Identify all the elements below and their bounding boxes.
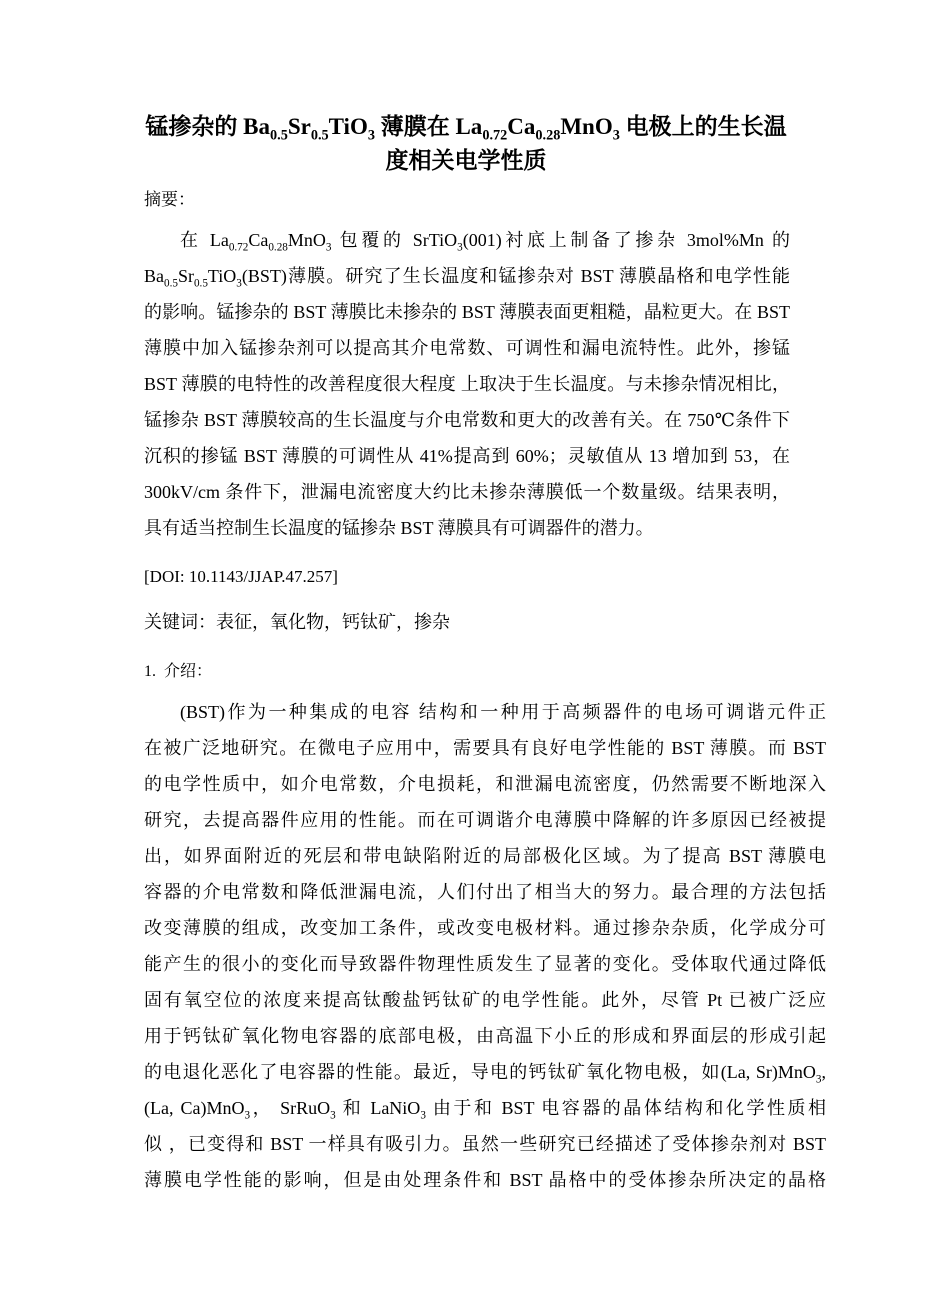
text-line: 容器的介电常数和降低泄漏电流，人们付出了相当大的努力。最合理的方法包括	[144, 874, 826, 910]
document-page: 锰掺杂的 Ba0.5Sr0.5TiO3 薄膜在 La0.72Ca0.28MnO3…	[0, 0, 926, 1309]
text-line: 的电学性质中，如介电常数，介电损耗，和泄漏电流密度，仍然需要不断地深入	[144, 766, 826, 802]
text-line: 薄膜中加入锰掺杂剂可以提高其介电常数、可调性和漏电流特性。此外，掺锰	[144, 330, 790, 366]
text-line: 改变薄膜的组成，改变加工条件，或改变电极材料。通过掺杂杂质，化学成分可	[144, 910, 826, 946]
text-line: 300kV/cm 条件下，泄漏电流密度大约比未掺杂薄膜低一个数量级。结果表明，	[144, 474, 790, 510]
text-line: 度相关电学性质	[116, 144, 816, 178]
text-line: 的影响。锰掺杂的 BST 薄膜比未掺杂的 BST 薄膜表面更粗糙，晶粒更大。在 …	[144, 294, 790, 330]
text-line: Ba0.5Sr0.5TiO3(BST)薄膜。研究了生长温度和锰掺杂对 BST 薄…	[144, 258, 790, 294]
text-line: (La, Ca)MnO3， SrRuO3 和 LaNiO3 由于和 BST 电容…	[144, 1090, 826, 1126]
section-heading-introduction: 1. 介绍：	[144, 654, 826, 690]
doi-reference: [DOI: 10.1143/JJAP.47.257]	[144, 559, 826, 595]
keywords-line: 关键词：表征，氧化物，钙钛矿，掺杂	[144, 604, 826, 640]
text-line: 的电退化恶化了电容器的性能。最近，导电的钙钛矿氧化物电极，如(La, Sr)Mn…	[144, 1054, 826, 1090]
paper-title: 锰掺杂的 Ba0.5Sr0.5TiO3 薄膜在 La0.72Ca0.28MnO3…	[116, 110, 816, 178]
text-line: 似 ，已变得和 BST 一样具有吸引力。虽然一些研究已经描述了受体掺杂剂对 BS…	[144, 1126, 826, 1162]
text-line: 沉积的掺锰 BST 薄膜的可调性从 41%提高到 60%；灵敏值从 13 增加到…	[144, 438, 790, 474]
introduction-paragraph: (BST)作为一种集成的电容 结构和一种用于高频器件的电场可调谐元件正在被广泛地…	[144, 694, 826, 1198]
text-line: 出，如界面附近的死层和带电缺陷附近的局部极化区域。为了提高 BST 薄膜电	[144, 838, 826, 874]
text-line: 研究，去提高器件应用的性能。而在可调谐介电薄膜中降解的许多原因已经被提	[144, 802, 826, 838]
text-line: BST 薄膜的电特性的改善程度很大程度 上取决于生长温度。与未掺杂情况相比，	[144, 366, 790, 402]
text-line: 在被广泛地研究。在微电子应用中，需要具有良好电学性能的 BST 薄膜。而 BST	[144, 730, 826, 766]
text-line: 用于钙钛矿氧化物电容器的底部电极，由高温下小丘的形成和界面层的形成引起	[144, 1018, 826, 1054]
text-line: 具有适当控制生长温度的锰掺杂 BST 薄膜具有可调器件的潜力。	[144, 510, 790, 546]
text-line: 薄膜电学性能的影响，但是由处理条件和 BST 晶格中的受体掺杂所决定的晶格	[144, 1162, 826, 1198]
text-line: 能产生的很小的变化而导致器件物理性质发生了显著的变化。受体取代通过降低	[144, 946, 826, 982]
page-content: 锰掺杂的 Ba0.5Sr0.5TiO3 薄膜在 La0.72Ca0.28MnO3…	[144, 0, 826, 1198]
abstract-paragraph: 在 La0.72Ca0.28MnO3 包覆的 SrTiO3(001)衬底上制备了…	[144, 222, 826, 546]
abstract-label: 摘要：	[144, 182, 826, 218]
text-line: 锰掺杂 BST 薄膜较高的生长温度与介电常数和更大的改善有关。在 750℃条件下	[144, 402, 790, 438]
text-line: (BST)作为一种集成的电容 结构和一种用于高频器件的电场可调谐元件正	[144, 694, 826, 730]
text-line: 固有氧空位的浓度来提高钛酸盐钙钛矿的电学性能。此外，尽管 Pt 已被广泛应	[144, 982, 826, 1018]
text-line: 在 La0.72Ca0.28MnO3 包覆的 SrTiO3(001)衬底上制备了…	[144, 222, 790, 258]
text-line: 锰掺杂的 Ba0.5Sr0.5TiO3 薄膜在 La0.72Ca0.28MnO3…	[116, 110, 816, 144]
